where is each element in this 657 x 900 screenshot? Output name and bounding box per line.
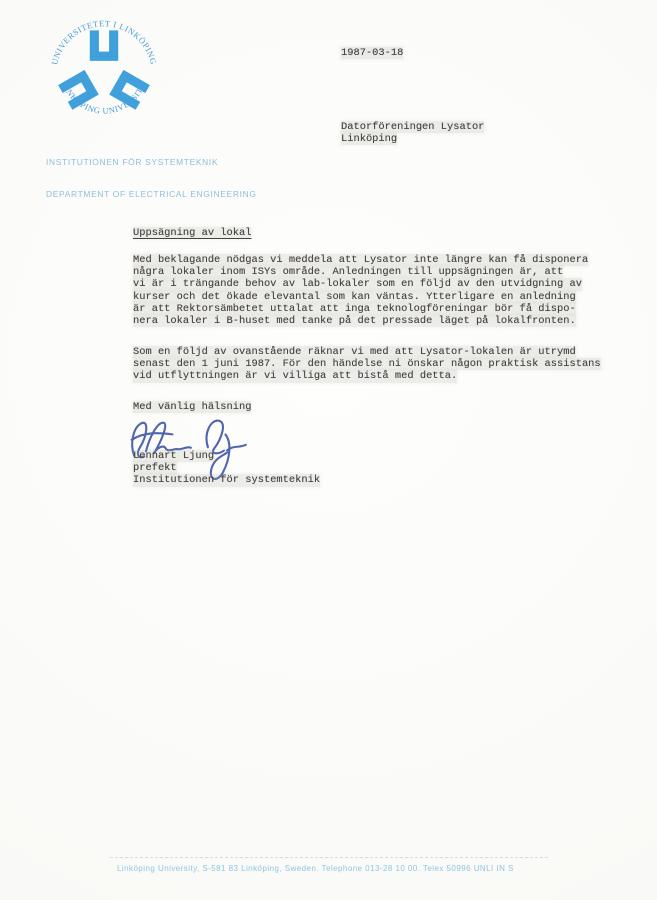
scanned-letter-page: UNIVERSITETET I LINKÖPING LINKÖPING UNIV… (0, 0, 657, 900)
university-seal-graphic: UNIVERSITETET I LINKÖPING LINKÖPING UNIV… (43, 11, 165, 133)
body-paragraph-1: Med beklagande nödgas vi meddela att Lys… (133, 254, 588, 327)
body-line: några lokaler inom ISYs område. Anlednin… (133, 266, 563, 278)
body-line: är att Rektorsämbetet uttalat att inga t… (133, 303, 576, 315)
department-name-english: DEPARTMENT OF ELECTRICAL ENGINEERING (46, 189, 257, 200)
body-line: vid utflyttningen är vi villiga att bist… (133, 370, 457, 382)
scan-artifact-rule (110, 857, 548, 858)
department-letterhead: INSTITUTIONEN FÖR SYSTEMTEKNIK DEPARTMEN… (46, 136, 257, 220)
closing-line: Med vänlig hälsning (133, 401, 251, 413)
signatory-name: Lennart Ljung (133, 450, 214, 462)
recipient-city: Linköping (341, 133, 397, 145)
body-line: Som en följd av ovanstående räknar vi me… (133, 346, 576, 358)
footer-contact-line: Linköping University, S-581 83 Linköping… (117, 864, 514, 873)
recipient-name: Datorföreningen Lysator (341, 121, 484, 133)
department-name-swedish: INSTITUTIONEN FÖR SYSTEMTEKNIK (46, 157, 257, 168)
body-line: kurser och det ökade elevantal som kan v… (133, 291, 576, 303)
subject-block: Uppsägning av lokal (133, 227, 251, 239)
signatory-department: Institutionen för systemteknik (133, 474, 320, 486)
body-line: senast den 1 juni 1987. För den händelse… (133, 358, 601, 370)
body-line: Med beklagande nödgas vi meddela att Lys… (133, 254, 588, 266)
letter-date: 1987-03-18 (341, 47, 403, 59)
body-line: nera lokaler i B-huset med tanke på det … (133, 315, 576, 327)
signature-block: Lennart Ljung prefekt Institutionen för … (133, 450, 320, 487)
body-paragraph-2: Som en följd av ovanstående räknar vi me… (133, 346, 601, 383)
university-seal: UNIVERSITETET I LINKÖPING LINKÖPING UNIV… (43, 11, 165, 133)
recipient-block: Datorföreningen Lysator Linköping (341, 121, 484, 145)
subject-line: Uppsägning av lokal (133, 227, 251, 239)
signatory-title: prefekt (133, 462, 177, 474)
closing-block: Med vänlig hälsning (133, 401, 251, 413)
date-block: 1987-03-18 (341, 47, 403, 59)
body-line: vi är i trängande behov av lab-lokaler s… (133, 278, 582, 290)
